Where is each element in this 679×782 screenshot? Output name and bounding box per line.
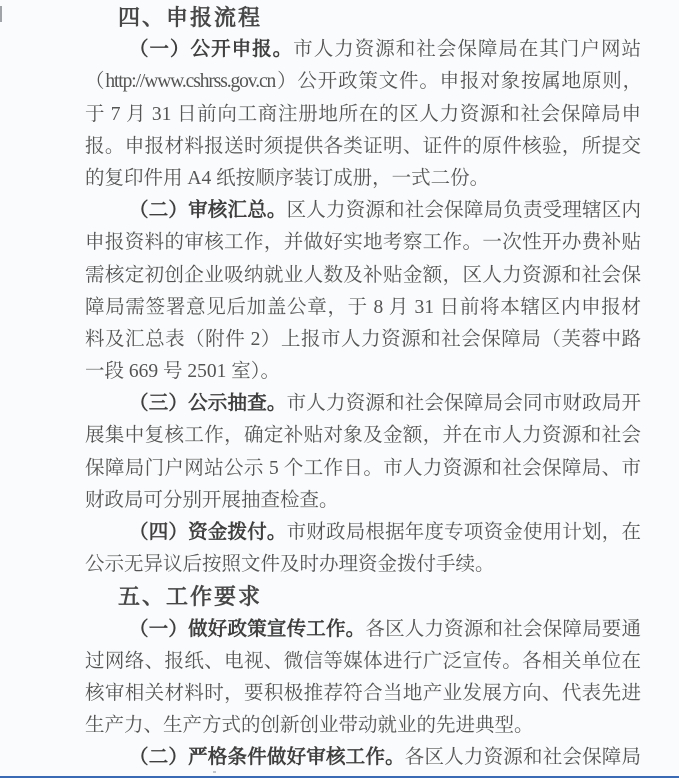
below-divider-strip — [0, 778, 679, 782]
line-text: 核审相关材料时，要积极推荐符合当地产业发展方向、代表先进 — [85, 683, 641, 704]
doc-line: （http://www.cshrss.gov.cn）公开政策文件。申报对象按属地… — [85, 66, 641, 98]
line-text: 展集中复核工作，确定补贴对象及金额，并在市人力资源和社会 — [85, 425, 641, 446]
doc-line: 于 7 月 31 日前向工商注册地所在的区人力资源和社会保障局申 — [85, 99, 641, 131]
line-text: （http://www.cshrss.gov.cn）公开政策文件。申报对象按属地… — [85, 71, 641, 92]
doc-line: 报。申报材料报送时须提供各类证明、证件的原件核验，所提交 — [85, 131, 641, 163]
line-text: 市人力资源和社会保障局会同市财政局开 — [287, 393, 641, 414]
line-text: 各区人力资源和社会保障局要通 — [365, 619, 641, 640]
doc-line: 保障局门户网站公示 5 个工作日。市人力资源和社会保障局、市 — [85, 453, 641, 485]
scan-speck — [213, 771, 216, 773]
doc-line: （一）公开申报。市人力资源和社会保障局在其门户网站 — [85, 34, 641, 66]
line-text: 财政局可分别开展抽查检查。 — [85, 490, 339, 511]
line-text: 申报资料的审核工作，并做好实地考察工作。一次性开办费补贴 — [85, 232, 641, 253]
doc-line: 展集中复核工作，确定补贴对象及金额，并在市人力资源和社会 — [85, 420, 641, 452]
line-text: 一段 669 号 2501 室）。 — [85, 361, 280, 382]
doc-line: 的复印件用 A4 纸按顺序装订成册，一式二份。 — [85, 163, 641, 195]
doc-line: （一）做好政策宣传工作。各区人力资源和社会保障局要通 — [85, 614, 641, 646]
scan-artifact-mark — [0, 6, 2, 22]
doc-line: 过网络、报纸、电视、微信等媒体进行广泛宣传。各相关单位在 — [85, 646, 641, 678]
doc-line: （二）审核汇总。区人力资源和社会保障局负责受理辖区内 — [85, 195, 641, 227]
doc-line: 料及汇总表（附件 2）上报市人力资源和社会保障局（芙蓉中路 — [85, 324, 641, 356]
line-text: 公示无异议后按照文件及时办理资金拨付手续。 — [85, 554, 495, 575]
line-text: 四、申报流程 — [118, 5, 262, 30]
line-text: 市财政局根据年度专项资金使用计划，在 — [287, 522, 641, 543]
line-text: 过网络、报纸、电视、微信等媒体进行广泛宣传。各相关单位在 — [85, 651, 641, 672]
document-page: 四、申报流程（一）公开申报。市人力资源和社会保障局在其门户网站（http://w… — [0, 0, 679, 776]
line-text: 生产力、生产方式的创新创业带动就业的先进典型。 — [85, 715, 534, 736]
section-heading: 五、工作要求 — [85, 581, 641, 613]
paragraph-lead-bold: （二）严格条件做好审核工作。 — [129, 747, 405, 768]
line-text: 保障局门户网站公示 5 个工作日。市人力资源和社会保障局、市 — [85, 458, 641, 479]
section-heading: 四、申报流程 — [85, 2, 641, 34]
doc-line: 生产力、生产方式的创新创业带动就业的先进典型。 — [85, 710, 641, 742]
line-text: 障局需签署意见后加盖公章，于 8 月 31 日前将本辖区内申报材 — [85, 297, 641, 318]
line-text: 需核定初创企业吸纳就业人数及补贴金额，区人力资源和社会保 — [85, 265, 641, 286]
doc-line: （二）严格条件做好审核工作。各区人力资源和社会保障局 — [85, 742, 641, 774]
doc-line: 障局需签署意见后加盖公章，于 8 月 31 日前将本辖区内申报材 — [85, 292, 641, 324]
paragraph-lead-bold: （二）审核汇总。 — [129, 200, 287, 221]
doc-line: 财政局可分别开展抽查检查。 — [85, 485, 641, 517]
doc-line: 申报资料的审核工作，并做好实地考察工作。一次性开办费补贴 — [85, 227, 641, 259]
paragraph-lead-bold: （三）公示抽查。 — [129, 393, 287, 414]
line-text: 于 7 月 31 日前向工商注册地所在的区人力资源和社会保障局申 — [85, 104, 641, 125]
doc-line: 公示无异议后按照文件及时办理资金拨付手续。 — [85, 549, 641, 581]
doc-line: 一段 669 号 2501 室）。 — [85, 356, 641, 388]
line-text: 料及汇总表（附件 2）上报市人力资源和社会保障局（芙蓉中路 — [85, 329, 641, 350]
paragraph-lead-bold: （一）做好政策宣传工作。 — [129, 619, 365, 640]
line-text: 五、工作要求 — [118, 584, 262, 609]
paragraph-lead-bold: （四）资金拨付。 — [129, 522, 287, 543]
doc-line: 需核定初创企业吸纳就业人数及补贴金额，区人力资源和社会保 — [85, 260, 641, 292]
line-text: 区人力资源和社会保障局负责受理辖区内 — [287, 200, 641, 221]
doc-line: （四）资金拨付。市财政局根据年度专项资金使用计划，在 — [85, 517, 641, 549]
doc-line: 核审相关材料时，要积极推荐符合当地产业发展方向、代表先进 — [85, 678, 641, 710]
document-body: 四、申报流程（一）公开申报。市人力资源和社会保障局在其门户网站（http://w… — [85, 2, 641, 775]
line-text: 市人力资源和社会保障局在其门户网站 — [293, 39, 641, 60]
line-text: 各区人力资源和社会保障局 — [405, 747, 641, 768]
paragraph-lead-bold: （一）公开申报。 — [129, 39, 293, 60]
doc-line: （三）公示抽查。市人力资源和社会保障局会同市财政局开 — [85, 388, 641, 420]
line-text: 的复印件用 A4 纸按顺序装订成册，一式二份。 — [85, 168, 489, 189]
line-text: 报。申报材料报送时须提供各类证明、证件的原件核验，所提交 — [85, 136, 641, 157]
